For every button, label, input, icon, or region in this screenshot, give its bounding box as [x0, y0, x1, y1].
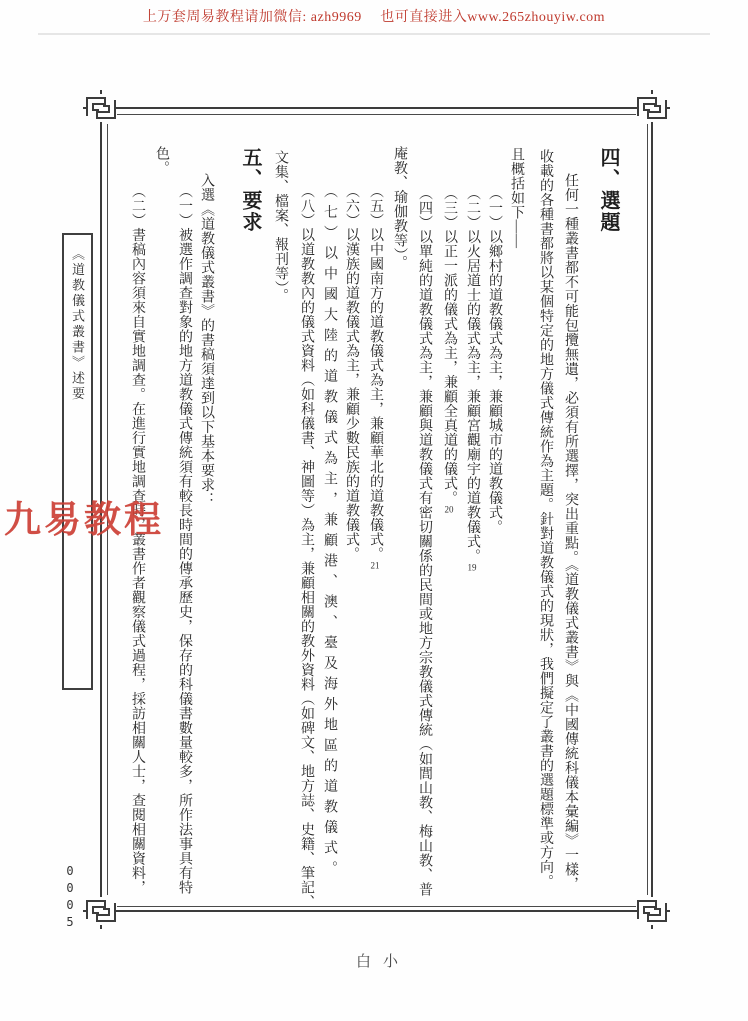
- list-item-column: （六）以漢族的道教儀式為主，兼顧少數民族的道教儀式。: [340, 184, 363, 561]
- section-title-4: 四、選題: [595, 147, 620, 233]
- list-item-column: （四）以單純的道教儀式為主，兼顧與道教儀式有密切關係的民間或地方宗教儀式傳統（如…: [413, 186, 436, 897]
- corner-knot-icon: [634, 90, 670, 126]
- text-column: 任何一種叢書都不可能包攬無遺，必須有所選擇，突出重點。《道教儀式叢書》與《中國傳…: [559, 173, 582, 891]
- page-root: 上万套周易教程请加微信: azh9969 也可直接进入www.265zhouyi…: [0, 0, 748, 1021]
- list-item-column: （七）以中國大陸的道教儀式為主，兼顧港、澳、臺及海外地區的道教儀式。: [318, 184, 341, 881]
- text-column: 收載的各種書都將以某個特定的地方儀式傳統作為主題。針對道教儀式的現狀，我們擬定了…: [534, 149, 557, 889]
- running-title-box: 《道教儀式叢書》述要: [62, 233, 93, 690]
- promo-banner-text: 上万套周易教程请加微信: azh9969 也可直接进入www.265zhouyi…: [0, 6, 748, 26]
- text-column: 文集、檔案、報刊等）。: [269, 150, 292, 303]
- corner-knot-icon: [634, 893, 670, 929]
- footer-label: 白小: [356, 950, 410, 971]
- list-item-column: （三）以正一派的儀式為主，兼顧全真道的儀式。20: [437, 186, 461, 514]
- footnote-marker: 19: [467, 563, 477, 572]
- list-item-column: （五）以中國南方的道教儀式為主，兼顧華北的道教儀式。21: [363, 184, 387, 570]
- running-title: 《道教儀式叢書》述要: [68, 235, 87, 688]
- list-item-column: （一）以鄉村的道教儀式為主，兼顧城市的道教儀式。: [483, 186, 506, 534]
- text-column: 色。: [150, 146, 173, 175]
- banner-divider: [38, 33, 710, 35]
- list-item-column: （八）以道教教內的儀式資料（如科儀書、神圖等）為主，兼顧相關的教外資料（如碑文、…: [295, 184, 318, 909]
- list-item-column: （一）被選作調查對象的地方道教儀式傳統須有較長時間的傳承歷史，保存的科儀書數量較…: [173, 184, 196, 895]
- text-column: 入選《道教儀式叢書》的書稿須達到以下基本要求：: [195, 173, 218, 507]
- text-column: 庵教、瑜伽教等）。: [388, 146, 411, 270]
- footnote-marker: 21: [370, 561, 380, 570]
- page-number: 0005: [63, 864, 77, 932]
- list-item-column: （二）以火居道士的儀式為主，兼顧宮觀廟宇的道教儀式。19: [460, 186, 484, 572]
- corner-knot-icon: [83, 893, 119, 929]
- watermark-text: 九易教程: [4, 489, 164, 543]
- footnote-marker: 20: [444, 505, 454, 514]
- corner-knot-icon: [83, 90, 119, 126]
- section-title-5: 五、要求: [237, 147, 262, 233]
- text-column: 且概括如下——: [505, 147, 528, 249]
